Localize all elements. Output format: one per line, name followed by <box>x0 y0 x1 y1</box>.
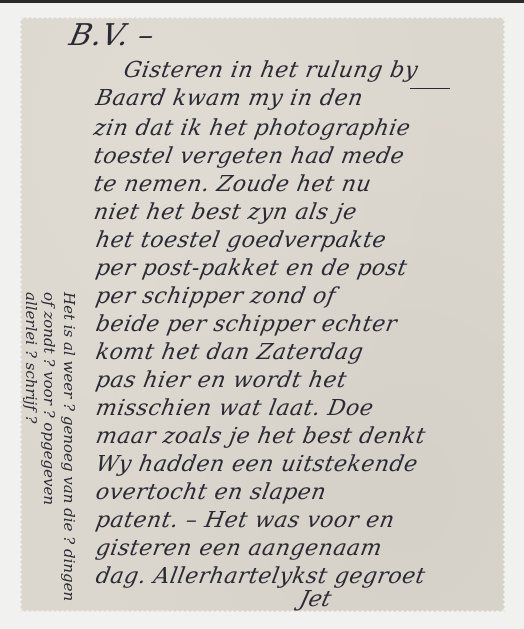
letter-line-6: niet het best zyn als je <box>92 200 359 225</box>
margin-note-line-2: of zondt ? voor ? opgegeven <box>40 292 58 505</box>
letter-line-5: te nemen. Zoude het nu <box>92 172 374 197</box>
letter-line-4: toestel vergeten had mede <box>92 144 407 169</box>
letter-line-1: Gisteren in het rulung by <box>122 58 420 83</box>
letter-line-15: Wy hadden een uitstekende <box>94 452 420 477</box>
margin-note-line-1: Het is al weer ? genoeg van die ? dingen <box>60 292 78 601</box>
letter-line-16: overtocht en slapen <box>94 480 328 505</box>
letter-line-13: misschien wat laat. Doe <box>94 396 376 421</box>
letter-line-2: Baard kwam my in den <box>94 86 365 111</box>
salutation: B.V. – <box>66 18 157 53</box>
letter-line-8: per post-pakket en de post <box>94 256 409 281</box>
perforated-edge-right <box>503 17 506 612</box>
letter-line-18: gisteren een aangenaam <box>94 536 384 561</box>
letter-line-17: patent. – Het was voor en <box>94 508 397 533</box>
letter-line-19: dag. Allerhartelykst gegroet <box>94 564 428 589</box>
signature: Jet <box>297 587 334 612</box>
letter-line-11: komt het dan Zaterdag <box>94 340 366 365</box>
top-border-strip <box>0 0 524 3</box>
letter-line-12: pas hier en wordt het <box>94 368 349 393</box>
letter-line-14: maar zoals je het best denkt <box>94 424 428 449</box>
letter-line-10: beide per schipper echter <box>94 312 399 337</box>
underline-by <box>410 88 450 89</box>
letter-line-7: het toestel goedverpakte <box>94 228 389 253</box>
letter-line-9: per schipper zond of <box>94 284 338 309</box>
letter-line-3: zin dat ik het photographie <box>92 116 413 141</box>
margin-note-line-3: allerlei ? schrijf ? <box>22 292 40 423</box>
